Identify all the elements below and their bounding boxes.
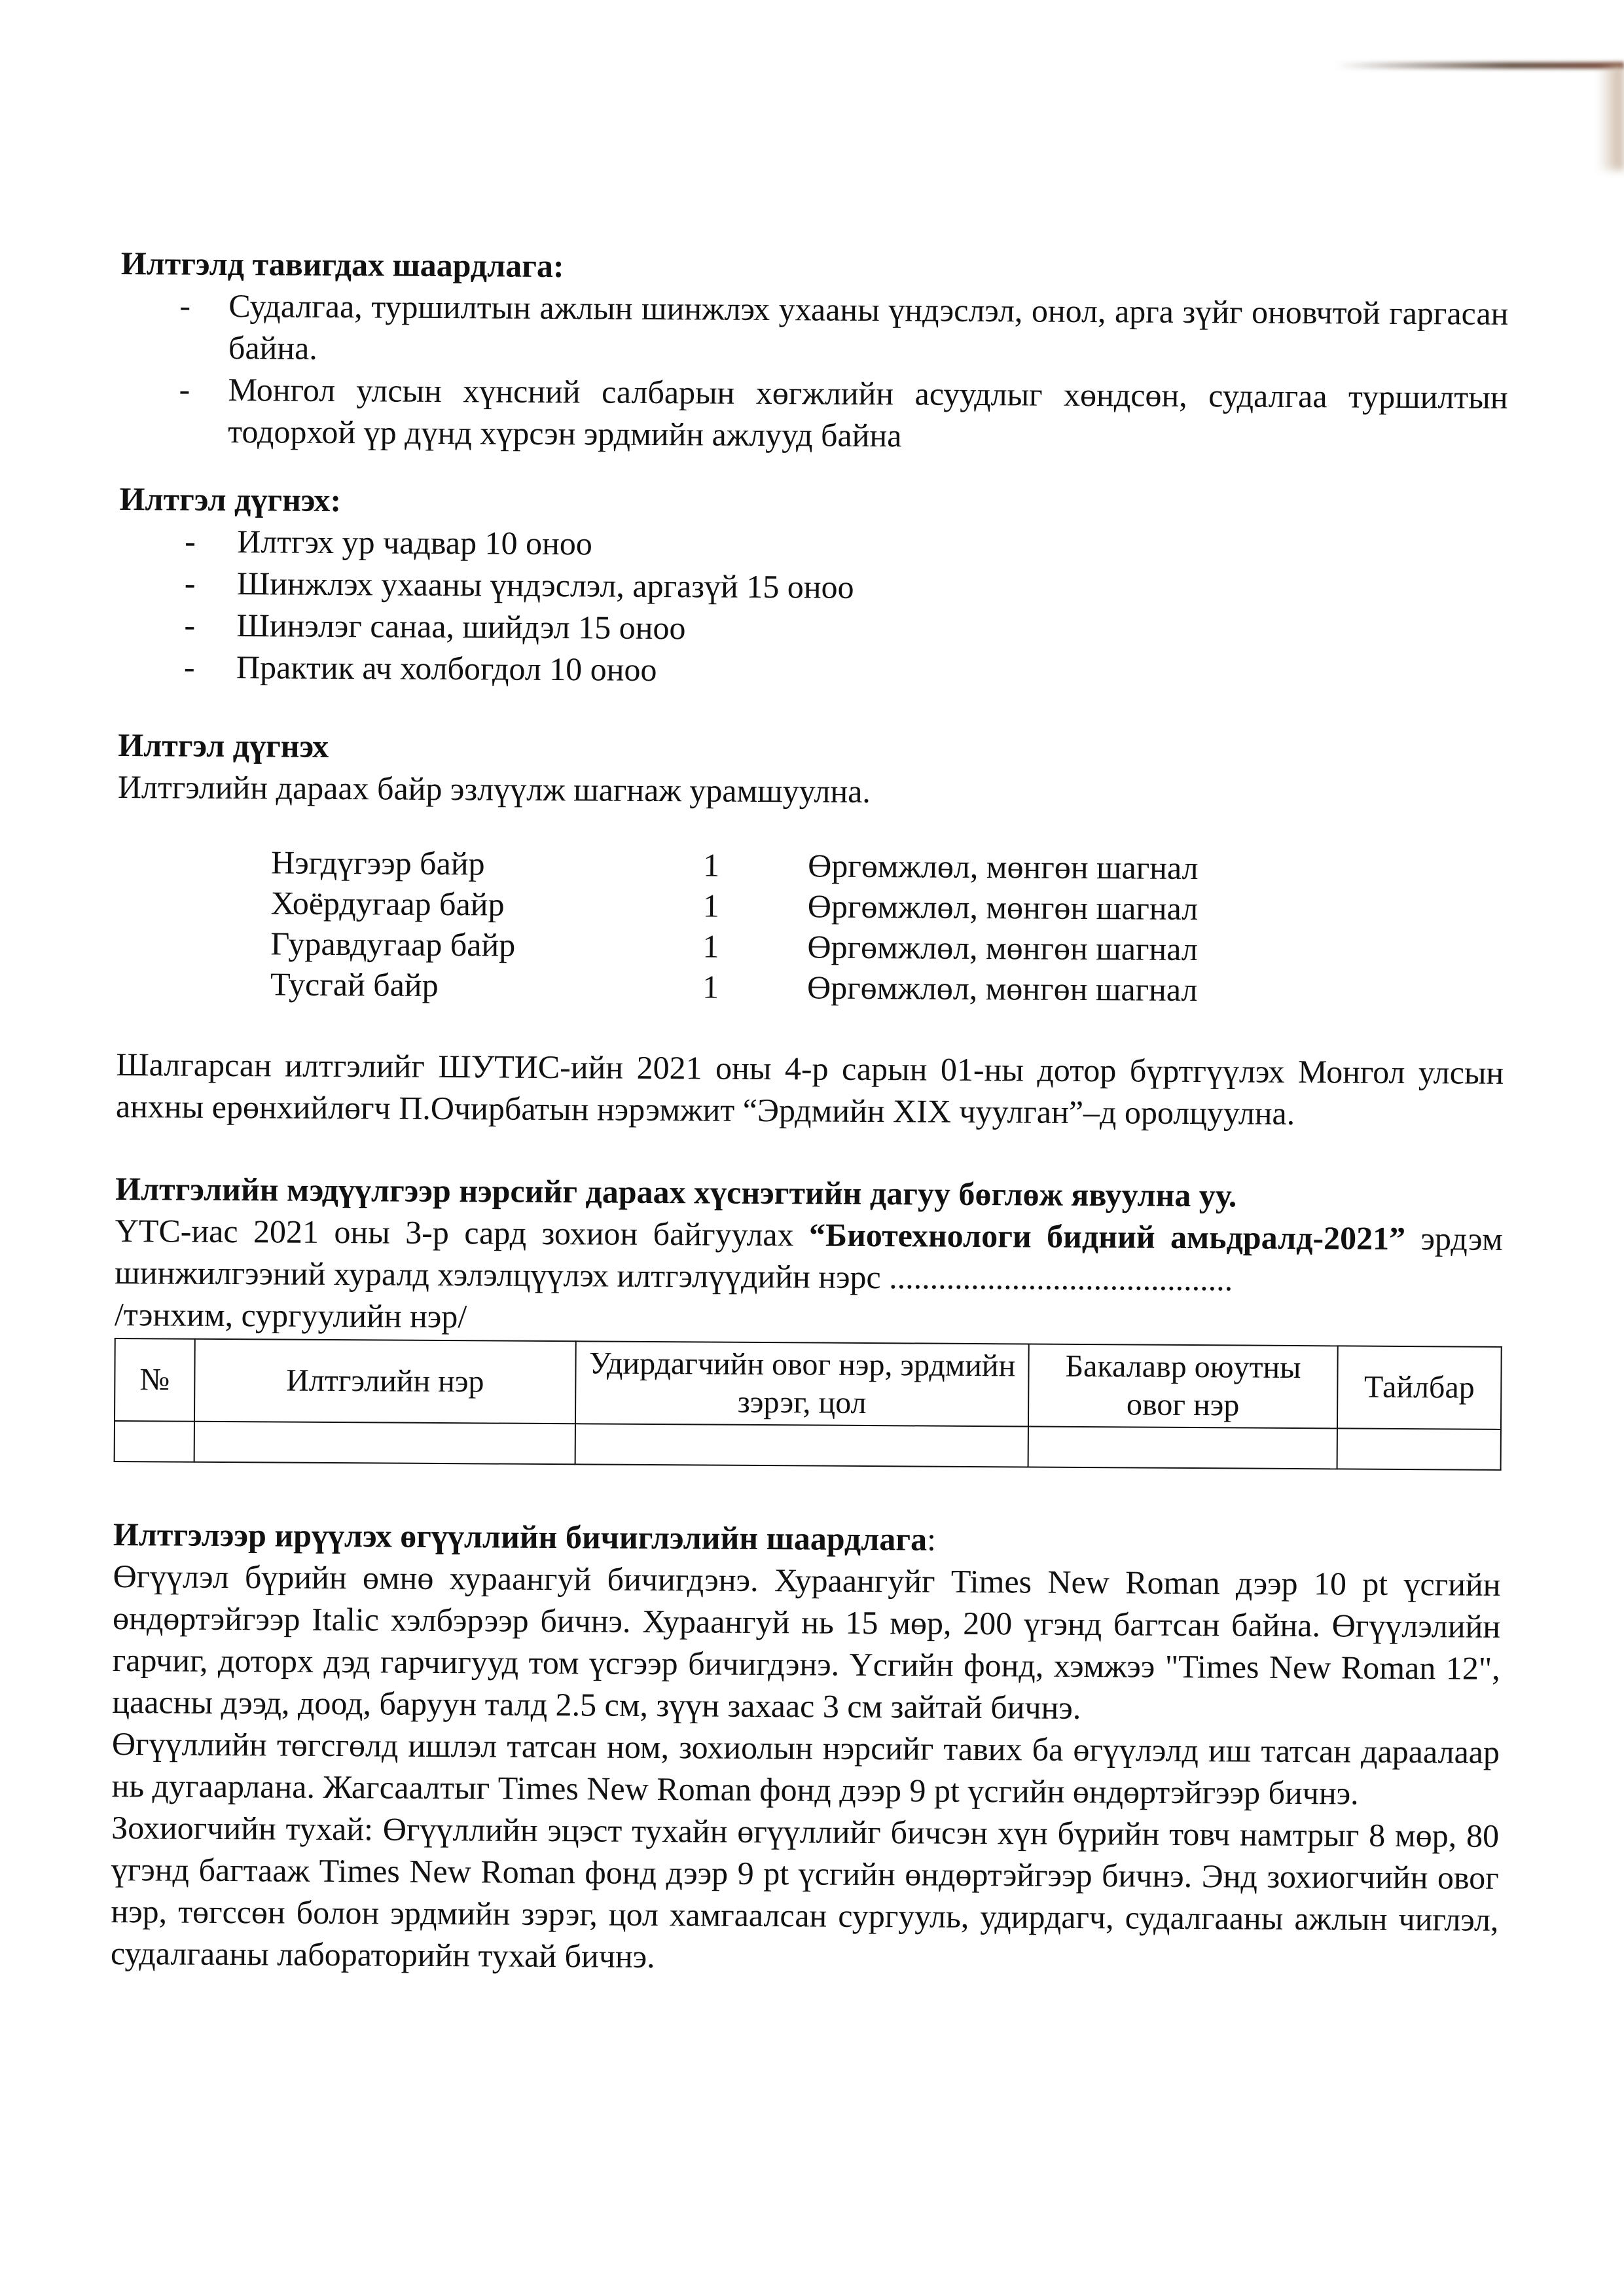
heading-colon: : (927, 1521, 936, 1558)
list-item: Практик ач холбогдол 10 оноо (118, 645, 1506, 696)
award-prize: Өргөмжлөл, мөнгөн шагнал (807, 966, 1265, 1009)
submission-prefix: ҮТС-иас 2021 оны 3-р сард зохион байгуул… (115, 1212, 810, 1253)
award-prize: Өргөмжлөл, мөнгөн шагнал (808, 885, 1266, 928)
award-count: 1 (702, 925, 807, 966)
award-prize: Өргөмжлөл, мөнгөн шагнал (808, 844, 1266, 888)
award-count: 1 (702, 965, 807, 1007)
award-place: Нэгдүгээр байр (271, 841, 703, 884)
paragraph-author-bio: Зохиогчийн тухай: Өгүүллийн эцэст тухайн… (111, 1806, 1500, 1982)
column-header-paper-title: Илтгэлийн нэр (194, 1339, 576, 1424)
award-row: Гуравдугаар байр 1 Өргөмжлөл, мөнгөн шаг… (270, 922, 1504, 971)
award-place: Хоёрдугаар байр (271, 882, 703, 925)
column-header-student: Бакалавр оюутны овог нэр (1028, 1344, 1338, 1429)
submission-table: № Илтгэлийн нэр Удирдагчийн овог нэр, эр… (114, 1338, 1502, 1471)
table-header-row: № Илтгэлийн нэр Удирдагчийн овог нэр, эр… (115, 1338, 1502, 1429)
department-hint: /тэнхим, сургуулийн нэр/ (115, 1293, 1502, 1344)
award-prize: Өргөмжлөл, мөнгөн шагнал (807, 925, 1265, 969)
event-name: “Биотехнологи бидний амьдралд-2021” (809, 1216, 1405, 1257)
scan-edge-shadow (1335, 62, 1624, 69)
selection-note: Шалгарсан илтгэлийг ШУТИС-ийн 2021 оны 4… (116, 1043, 1504, 1136)
awards-intro: Илтгэлийн дараах байр эзлүүлж шагнаж ура… (118, 766, 1506, 816)
list-item: Монгол улсын хүнсний салбарын хөгжлийн а… (120, 368, 1508, 460)
table-cell[interactable] (115, 1421, 194, 1462)
awards-list: Нэгдүгээр байр 1 Өргөмжлөл, мөнгөн шагна… (270, 841, 1505, 1011)
award-row: Хоёрдугаар байр 1 Өргөмжлөл, мөнгөн шагн… (271, 882, 1505, 930)
table-cell[interactable] (194, 1422, 575, 1465)
award-place: Тусгай байр (270, 963, 702, 1006)
submission-text: ҮТС-иас 2021 оны 3-р сард зохион байгуул… (115, 1210, 1503, 1302)
column-header-note: Тайлбар (1337, 1346, 1502, 1429)
paragraph-abstract-format: Өгүүлэл бүрийн өмнө хураангуй бичигдэнэ.… (112, 1555, 1501, 1731)
table-cell[interactable] (1028, 1427, 1337, 1469)
paragraph-references-format: Өгүүллийн төгсгөлд ишлэл татсан ном, зох… (111, 1723, 1500, 1815)
table-cell[interactable] (575, 1424, 1028, 1467)
table-cell[interactable] (1337, 1428, 1501, 1470)
award-row: Тусгай байр 1 Өргөмжлөл, мөнгөн шагнал (270, 963, 1504, 1011)
table-row (115, 1421, 1501, 1470)
evaluation-list: Илтгэх ур чадвар 10 оноо Шинжлэх ухааны … (118, 520, 1507, 696)
column-header-supervisor: Удирдагчийн овог нэр, эрдмийн зэрэг, цол (575, 1341, 1029, 1426)
award-place: Гуравдугаар байр (270, 922, 702, 965)
paper-requirements-heading: Илтгэлээр ирүүлэх өгүүллийн бичиглэлийн … (113, 1516, 927, 1558)
column-header-number: № (115, 1338, 195, 1422)
award-row: Нэгдүгээр байр 1 Өргөмжлөл, мөнгөн шагна… (271, 841, 1505, 889)
award-count: 1 (703, 884, 808, 925)
list-item: Судалгаа, туршилтын ажлын шинжлэх ухааны… (120, 284, 1509, 376)
scan-corner-shadow (1598, 65, 1624, 170)
document-page: Илтгэлд тавигдах шаардлага: Судалгаа, ту… (111, 242, 1509, 1982)
award-count: 1 (703, 844, 808, 885)
requirements-list: Судалгаа, туршилтын ажлын шинжлэх ухааны… (120, 284, 1509, 460)
